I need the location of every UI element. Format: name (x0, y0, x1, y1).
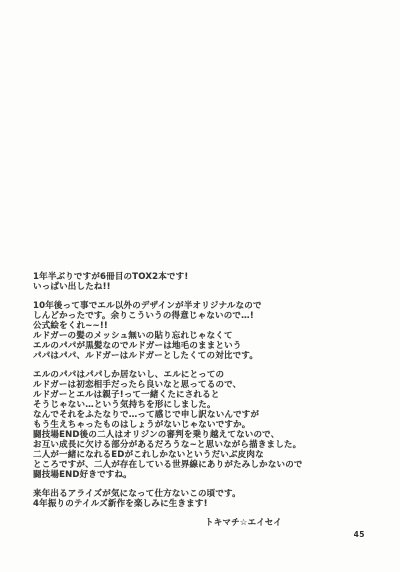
paragraph-design: 10年後って事でエル以外のデザインが半オリジナルなので しんどかったです。余りこ… (33, 301, 303, 361)
text-line: そうじゃない…という気持ちを形にしました。 (33, 400, 303, 410)
text-line: ルドガーは初恋相手だったら良いなと思ってるので、 (33, 380, 303, 390)
paragraph-outro: 来年出るアライズが気になって仕方ないこの頃です。 4年振りのテイルズ新作を楽しみ… (33, 489, 303, 509)
text-line: 1年半ぶりですが6冊目のTOX2本です! (33, 272, 303, 282)
afterword-page: 1年半ぶりですが6冊目のTOX2本です! いっぱい出したね!! 10年後って事で… (0, 0, 400, 572)
text-line: パパはパパ、ルドガーはルドガーとしたくての対比です。 (33, 351, 303, 361)
text-line: 4年振りのテイルズ新作を楽しみに生きます! (33, 499, 303, 509)
text-line: もう生えちゃったものはしょうがないじゃないですか。 (33, 420, 303, 430)
text-line: お互い成長に欠ける部分があるだろうな~と思いながら描きました。 (33, 440, 303, 450)
text-line: いっぱい出したね!! (33, 282, 303, 292)
text-line: なんでそれをふたなりで…って感じで申し訳ないんですが (33, 410, 303, 420)
text-line: エルのパパが黒髪なのでルドガーは地毛のままという (33, 341, 303, 351)
text-line: ところですが、二人が存在している世界線にありがたみしかないので (33, 460, 303, 470)
text-line: 闘技場END好きですね。 (33, 470, 303, 480)
author-signature: トキマチ☆エイセイ (205, 518, 303, 528)
text-line: ルドガーとエルは親子!って一緒くたにされると (33, 390, 303, 400)
text-line: しんどかったです。余りこういうの得意じゃないので…! (33, 311, 303, 321)
paragraph-intro: 1年半ぶりですが6冊目のTOX2本です! いっぱい出したね!! (33, 272, 303, 292)
page-number: 45 (354, 530, 365, 539)
text-line: ルドガーの髪のメッシュ無いの貼り忘れじゃなくて (33, 331, 303, 341)
text-line: 公式絵をくれ~~!! (33, 321, 303, 331)
paragraph-story: エルのパパはパパしか居ないし、エルにとっての ルドガーは初恋相手だったら良いなと… (33, 370, 303, 480)
text-line: 二人が一緒になれるEDがこれしかないというだいぶ皮肉な (33, 450, 303, 460)
afterword-text: 1年半ぶりですが6冊目のTOX2本です! いっぱい出したね!! 10年後って事で… (33, 272, 303, 528)
text-line: 10年後って事でエル以外のデザインが半オリジナルなので (33, 301, 303, 311)
text-line: 闘技場END後の二人はオリジンの審判を乗り越えてないので、 (33, 430, 303, 440)
text-line: エルのパパはパパしか居ないし、エルにとっての (33, 370, 303, 380)
text-line: 来年出るアライズが気になって仕方ないこの頃です。 (33, 489, 303, 499)
